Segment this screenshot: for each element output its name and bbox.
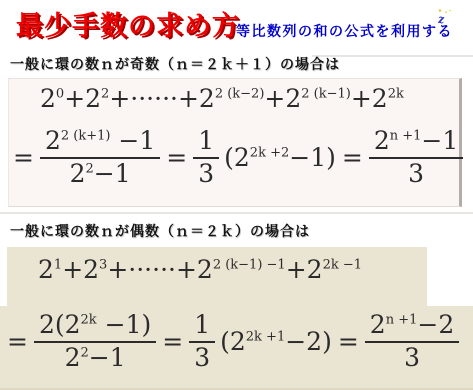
fraction-one-third: 1 3	[193, 127, 219, 189]
parenthesized-term: (22k +1−2)	[220, 327, 332, 356]
odd-derivation-expression: = 22 (k+1) −1 22−1 = 1 3 (22k +2−1) = 2n…	[12, 127, 463, 189]
equals-sign: =	[341, 143, 364, 172]
fraction-result: 2n +1−2 3	[365, 311, 459, 373]
sparkle-icon: z	[435, 8, 455, 26]
parenthesized-term: (22k +2−1)	[224, 143, 336, 172]
even-derivation-expression: = 2(22k −1) 22−1 = 1 3 (22k +1−2) = 2n +…	[6, 311, 459, 373]
even-series-expression: 21+23+······+22 (k−1) −1+22k −1	[38, 255, 362, 284]
equals-sign: =	[165, 143, 188, 172]
svg-text:z: z	[437, 13, 445, 26]
divider-middle	[0, 212, 473, 214]
odd-series-expression: 20+22+······+22 (k−2)+22 (k−1)+22k	[40, 84, 404, 113]
equals-sign: =	[6, 327, 29, 356]
odd-case-label: 一般に環の数ｎが奇数（ｎ＝２ｋ＋１）の場合は	[10, 54, 340, 74]
page-subtitle: 等比数列の和の公式を利用する	[236, 21, 453, 41]
equals-sign: =	[12, 143, 35, 172]
equals-sign: =	[161, 327, 184, 356]
fraction-result: 2n +1−1 3	[369, 127, 463, 189]
even-case-label: 一般に環の数ｎが偶数（ｎ＝２ｋ）の場合は	[10, 221, 310, 241]
fraction-geometric-sum: 2(22k −1) 22−1	[34, 311, 156, 373]
page-title: 最少手数の求め方	[16, 4, 240, 43]
page: 最少手数の求め方 等比数列の和の公式を利用する z 一般に環の数ｎが奇数（ｎ＝２…	[0, 0, 473, 390]
fraction-one-third: 1 3	[189, 311, 215, 373]
equals-sign: =	[337, 327, 360, 356]
fraction-geometric-sum: 22 (k+1) −1 22−1	[40, 127, 160, 189]
